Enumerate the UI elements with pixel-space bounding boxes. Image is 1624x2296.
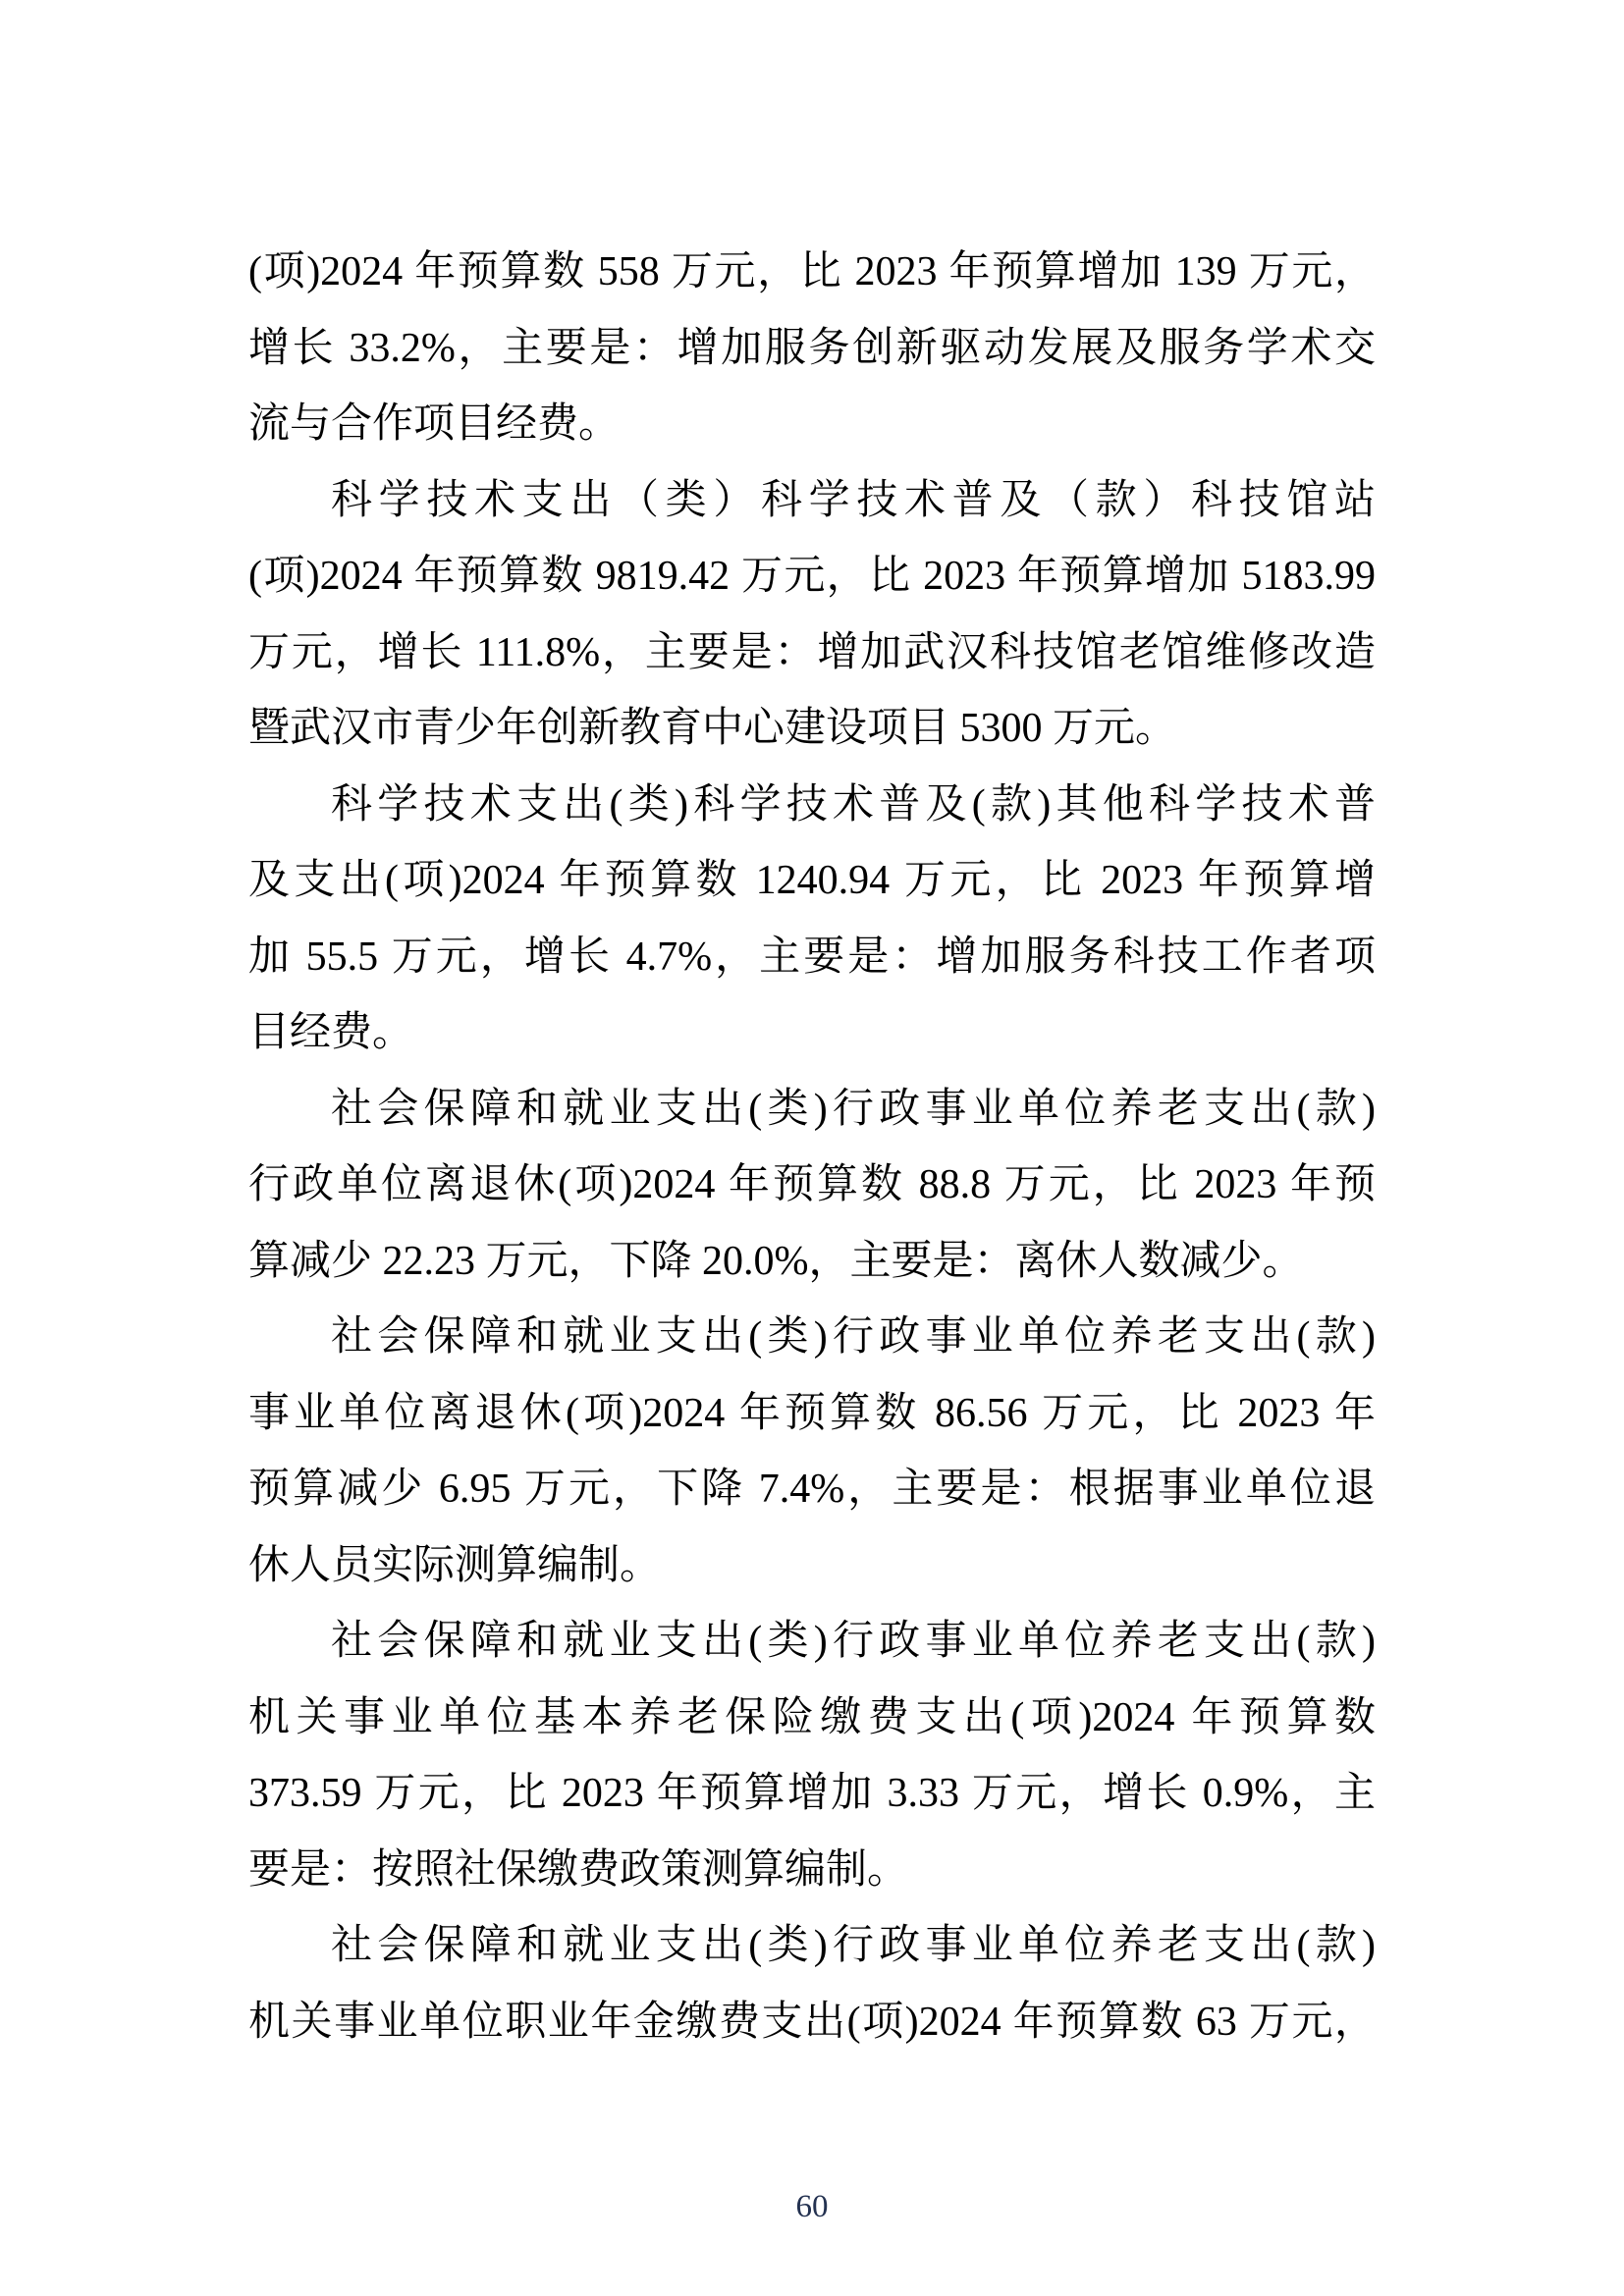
body-text: (项)2024 年预算数 558 万元，比 2023 年预算增加 139 万元，… bbox=[248, 235, 1376, 2060]
text-line: (项)2024 年预算数 9819.42 万元，比 2023 年预算增加 518… bbox=[248, 539, 1376, 615]
text-line: 科学技术支出（类）科学技术普及（款）科技馆站 bbox=[248, 463, 1376, 540]
text-line: 行政单位离退休(项)2024 年预算数 88.8 万元，比 2023 年预 bbox=[248, 1148, 1376, 1224]
text-line: 科学技术支出(类)科学技术普及(款)其他科学技术普 bbox=[248, 768, 1376, 844]
text-line: (项)2024 年预算数 558 万元，比 2023 年预算增加 139 万元， bbox=[248, 235, 1376, 311]
text-line: 机关事业单位职业年金缴费支出(项)2024 年预算数 63 万元， bbox=[248, 1985, 1376, 2061]
text-line: 社会保障和就业支出(类)行政事业单位养老支出(款) bbox=[248, 1908, 1376, 1985]
text-line: 要是：按照社保缴费政策测算编制。 bbox=[248, 1833, 1376, 1909]
document-page: (项)2024 年预算数 558 万元，比 2023 年预算增加 139 万元，… bbox=[0, 0, 1624, 2296]
text-line: 暨武汉市青少年创新教育中心建设项目 5300 万元。 bbox=[248, 691, 1376, 768]
text-line: 万元，增长 111.8%，主要是：增加武汉科技馆老馆维修改造 bbox=[248, 615, 1376, 692]
text-line: 休人员实际测算编制。 bbox=[248, 1528, 1376, 1605]
text-line: 算减少 22.23 万元，下降 20.0%，主要是：离休人数减少。 bbox=[248, 1224, 1376, 1301]
text-line: 社会保障和就业支出(类)行政事业单位养老支出(款) bbox=[248, 1072, 1376, 1148]
text-line: 社会保障和就业支出(类)行政事业单位养老支出(款) bbox=[248, 1604, 1376, 1681]
text-line: 加 55.5 万元，增长 4.7%，主要是：增加服务科技工作者项 bbox=[248, 920, 1376, 996]
page-number: 60 bbox=[0, 2187, 1624, 2226]
text-line: 流与合作项目经费。 bbox=[248, 387, 1376, 463]
text-line: 社会保障和就业支出(类)行政事业单位养老支出(款) bbox=[248, 1300, 1376, 1376]
text-line: 增长 33.2%，主要是：增加服务创新驱动发展及服务学术交 bbox=[248, 311, 1376, 388]
text-line: 预算减少 6.95 万元，下降 7.4%，主要是：根据事业单位退 bbox=[248, 1452, 1376, 1528]
text-line: 及支出(项)2024 年预算数 1240.94 万元，比 2023 年预算增 bbox=[248, 843, 1376, 920]
text-line: 事业单位离退休(项)2024 年预算数 86.56 万元，比 2023 年 bbox=[248, 1376, 1376, 1453]
text-line: 机关事业单位基本养老保险缴费支出(项)2024 年预算数 bbox=[248, 1681, 1376, 1757]
text-line: 目经费。 bbox=[248, 995, 1376, 1072]
text-line: 373.59 万元，比 2023 年预算增加 3.33 万元，增长 0.9%，主 bbox=[248, 1756, 1376, 1833]
